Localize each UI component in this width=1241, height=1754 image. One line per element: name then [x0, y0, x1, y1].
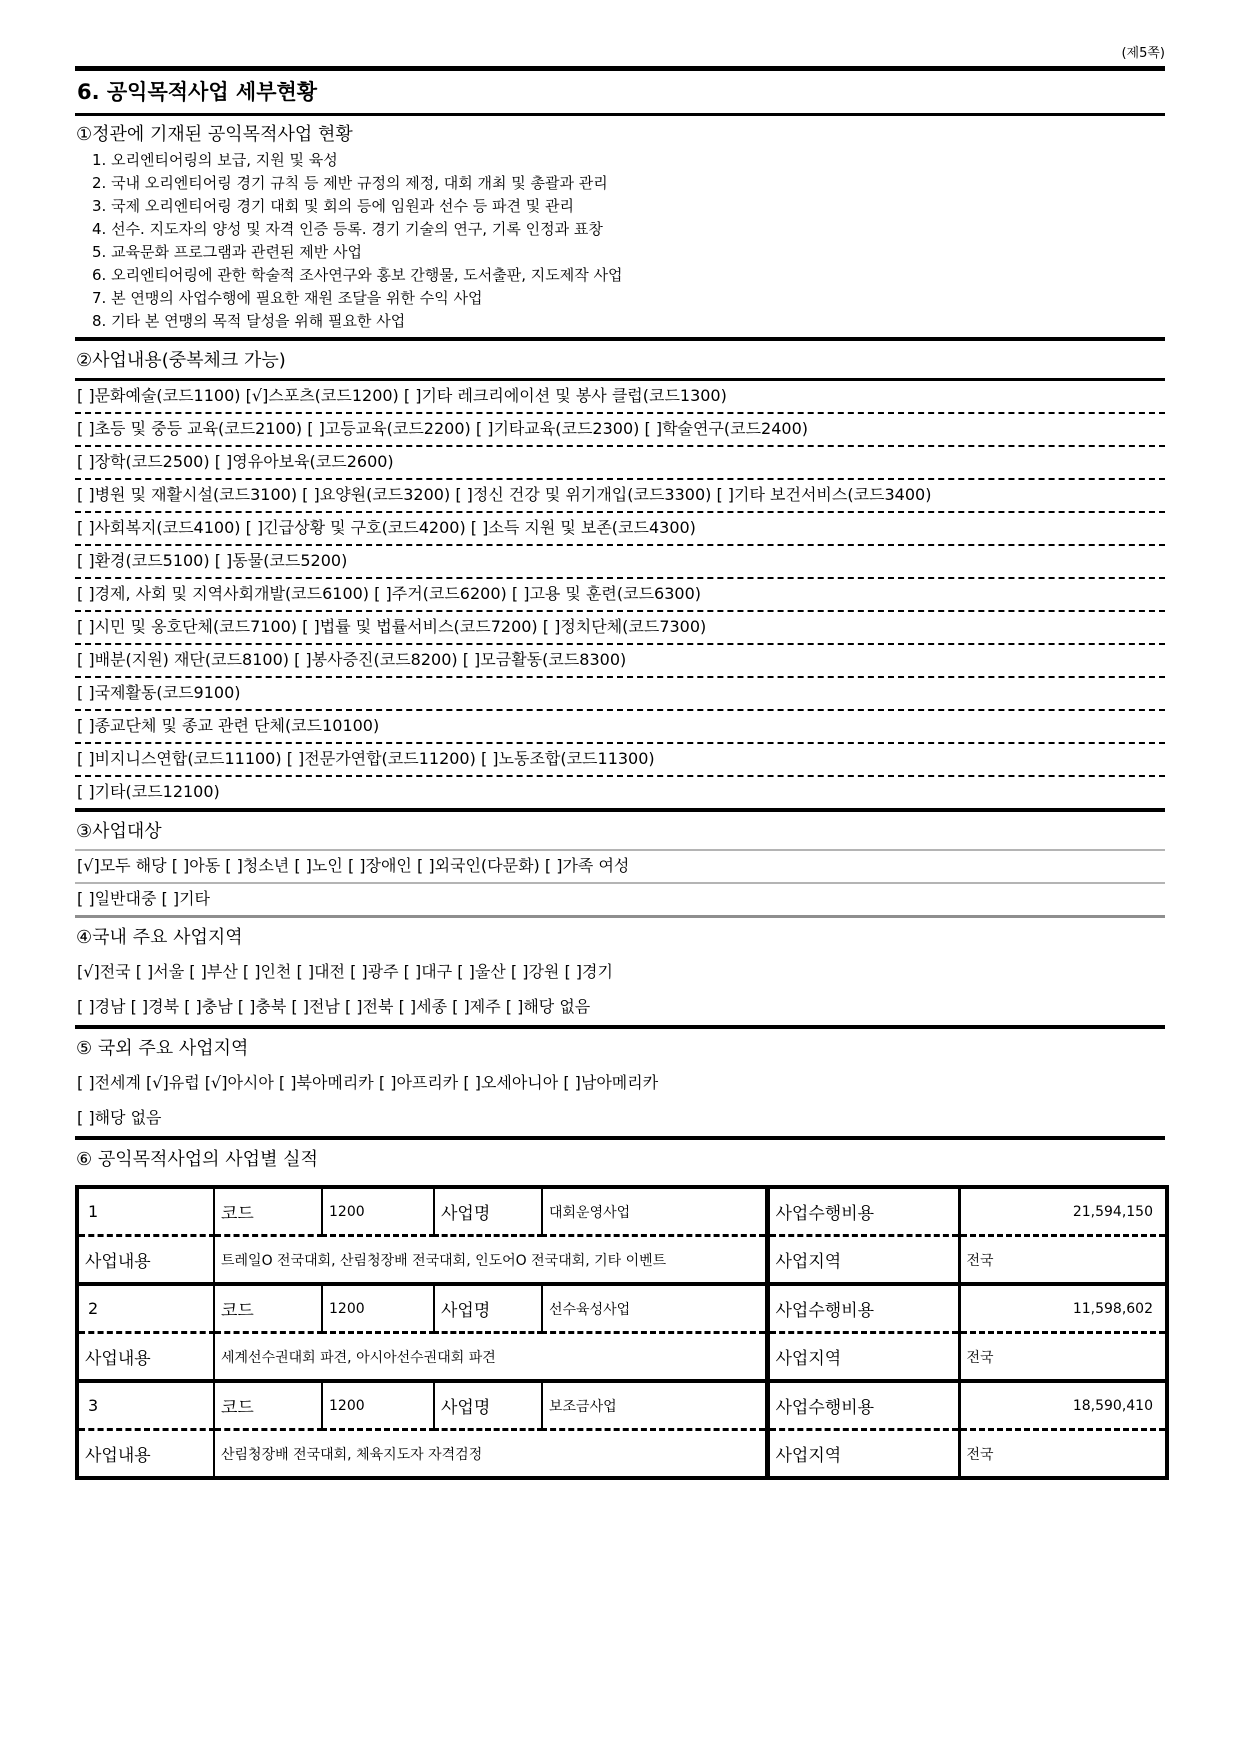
unchecked-checkbox-icon: [ ]: [404, 386, 422, 405]
checkbox-label: 강원: [528, 962, 559, 981]
checkbox-item[interactable]: [ ]오세아니아: [463, 1073, 558, 1092]
unchecked-checkbox-icon: [ ]: [225, 856, 243, 875]
checkbox-item[interactable]: [ ]기타: [162, 889, 211, 908]
checkbox-row: [ ]비지니스연합(코드11100) [ ]전문가연합(코드11200) [ ]…: [75, 742, 1165, 775]
checkbox-item[interactable]: [ ]문화예술(코드1100): [77, 386, 241, 405]
table-row: 2코드1200사업명선수육성사업사업수행비용11,598,602: [77, 1284, 1167, 1333]
unchecked-checkbox-icon: [ ]: [457, 962, 475, 981]
checked-checkbox-icon: [√]: [146, 1073, 169, 1092]
checkbox-label: 스포츠(코드1200): [268, 386, 398, 405]
unchecked-checkbox-icon: [ ]: [162, 889, 180, 908]
checkbox-label: 모두 해당: [100, 856, 167, 875]
checkbox-label: 아동: [189, 856, 220, 875]
unchecked-checkbox-icon: [ ]: [476, 419, 494, 438]
checkbox-label: 가족 여성: [562, 856, 629, 875]
checkbox-label: 장애인: [366, 856, 412, 875]
section1-header: ①정관에 기재된 공익목적사업 현황: [75, 116, 1165, 149]
unchecked-checkbox-icon: [ ]: [77, 716, 95, 735]
section3-header: ③사업대상: [75, 812, 1165, 849]
unchecked-checkbox-icon: [ ]: [511, 962, 529, 981]
checkbox-label: 충남: [202, 997, 233, 1016]
checkbox-label: 소득 지원 및 보존(코드4300): [488, 518, 696, 537]
unchecked-checkbox-icon: [ ]: [77, 997, 95, 1016]
checkbox-label: 경남: [95, 997, 126, 1016]
checkbox-item[interactable]: [ ]학술연구(코드2400): [645, 419, 809, 438]
unchecked-checkbox-icon: [ ]: [307, 419, 325, 438]
section6-header: ⑥ 공익목적사업의 사업별 실적: [75, 1140, 1165, 1177]
unchecked-checkbox-icon: [ ]: [215, 452, 233, 471]
checkbox-label: 국제활동(코드9100): [95, 683, 241, 702]
checkbox-label: 일반대중: [95, 889, 157, 908]
region-label: 사업지역: [767, 1236, 959, 1285]
document-title: 6. 공익목적사업 세부현황: [77, 80, 317, 104]
checked-checkbox-icon: [√]: [77, 856, 100, 875]
code-label: 코드: [214, 1284, 322, 1333]
checkbox-item[interactable]: [ ]고등교육(코드2200): [307, 419, 471, 438]
purpose-item: 7. 본 연맹의 사업수행에 필요한 재원 조달을 위한 수익 사업: [92, 287, 1165, 310]
checkbox-item[interactable]: [ ]기타 레크리에이션 및 봉사 클럽(코드1300): [404, 386, 727, 405]
checkbox-label: 광주: [368, 962, 399, 981]
region-label: 사업지역: [767, 1430, 959, 1479]
checkbox-item[interactable]: [ ]비지니스연합(코드11100): [77, 749, 282, 768]
unchecked-checkbox-icon: [ ]: [215, 551, 233, 570]
unchecked-checkbox-icon: [ ]: [184, 997, 202, 1016]
checkbox-item[interactable]: [ ]외국인(다문화): [417, 856, 540, 875]
checkbox-item[interactable]: [ ]경기: [564, 962, 613, 981]
checkbox-item[interactable]: [√]유럽: [146, 1073, 200, 1092]
checkbox-item[interactable]: [ ]대구: [404, 962, 453, 981]
checkbox-row: [ ]환경(코드5100) [ ]동물(코드5200): [75, 544, 1165, 577]
checkbox-label: 해당 없음: [523, 997, 590, 1016]
checkbox-item[interactable]: [ ]경제, 사회 및 지역사회개발(코드6100): [77, 584, 369, 603]
checkbox-row: [ ]국제활동(코드9100): [75, 676, 1165, 709]
project-name-value: 선수육성사업: [542, 1284, 767, 1333]
checkbox-item[interactable]: [ ]청소년: [225, 856, 289, 875]
unchecked-checkbox-icon: [ ]: [77, 650, 95, 669]
code-value: 1200: [322, 1187, 434, 1236]
checkbox-row: [ ]문화예술(코드1100) [√]스포츠(코드1200) [ ]기타 레크리…: [75, 381, 1165, 412]
unchecked-checkbox-icon: [ ]: [463, 1073, 481, 1092]
purpose-item: 1. 오리엔티어링의 보급, 지원 및 육성: [92, 149, 1165, 172]
checkbox-item[interactable]: [ ]노인: [294, 856, 343, 875]
unchecked-checkbox-icon: [ ]: [374, 584, 392, 603]
project-name-label: 사업명: [434, 1381, 542, 1430]
checkbox-item[interactable]: [ ]고용 및 훈련(코드6300): [512, 584, 701, 603]
unchecked-checkbox-icon: [ ]: [345, 997, 363, 1016]
checkbox-label: 해당 없음: [95, 1108, 162, 1127]
region-value: 전국: [959, 1333, 1167, 1382]
checkbox-item[interactable]: [ ]대전: [296, 962, 345, 981]
checkbox-item[interactable]: [ ]아프리카: [379, 1073, 458, 1092]
unchecked-checkbox-icon: [ ]: [246, 518, 264, 537]
checkbox-item[interactable]: [ ]제주: [452, 997, 501, 1016]
unchecked-checkbox-icon: [ ]: [512, 584, 530, 603]
unchecked-checkbox-icon: [ ]: [131, 997, 149, 1016]
unchecked-checkbox-icon: [ ]: [350, 962, 368, 981]
checkbox-item[interactable]: [ ]주거(코드6200): [374, 584, 507, 603]
unchecked-checkbox-icon: [ ]: [238, 997, 256, 1016]
checkbox-row: [ ]종교단체 및 종교 관련 단체(코드10100): [75, 709, 1165, 742]
unchecked-checkbox-icon: [ ]: [404, 962, 422, 981]
checkbox-item[interactable]: [ ]국제활동(코드9100): [77, 683, 241, 702]
section4-header: ④국내 주요 사업지역: [75, 915, 1165, 955]
unchecked-checkbox-icon: [ ]: [399, 997, 417, 1016]
content-value: 트레일O 전국대회, 산림청장배 전국대회, 인도어O 전국대회, 기타 이벤트: [214, 1236, 767, 1285]
checkbox-item[interactable]: [ ]북아메리카: [279, 1073, 374, 1092]
document-page: (제5쪽) 6. 공익목적사업 세부현황 ①정관에 기재된 공익목적사업 현황 …: [0, 0, 1241, 1754]
checkbox-label: 전세계: [95, 1073, 141, 1092]
unchecked-checkbox-icon: [ ]: [77, 551, 95, 570]
checkbox-item[interactable]: [ ]정치단체(코드7300): [543, 617, 707, 636]
checkbox-item[interactable]: [ ]요양원(코드3200): [302, 485, 450, 504]
checked-checkbox-icon: [√]: [205, 1073, 228, 1092]
region-value: 전국: [959, 1430, 1167, 1479]
checkbox-label: 학술연구(코드2400): [662, 419, 808, 438]
checkbox-item[interactable]: [ ]소득 지원 및 보존(코드4300): [471, 518, 696, 537]
unchecked-checkbox-icon: [ ]: [543, 617, 561, 636]
domestic-region-checkboxes: [√]전국 [ ]서울 [ ]부산 [ ]인천 [ ]대전 [ ]광주 [ ]대…: [75, 955, 1165, 1025]
unchecked-checkbox-icon: [ ]: [348, 856, 366, 875]
checkbox-item[interactable]: [ ]긴급상황 및 구호(코드4200): [246, 518, 466, 537]
checkbox-item[interactable]: [ ]종교단체 및 종교 관련 단체(코드10100): [77, 716, 379, 735]
content-value: 산림청장배 전국대회, 체육지도자 자격검정: [214, 1430, 767, 1479]
cost-label: 사업수행비용: [767, 1381, 959, 1430]
checkbox-item[interactable]: [ ]기타교육(코드2300): [476, 419, 640, 438]
entry-number: 3: [77, 1381, 214, 1430]
checkbox-item[interactable]: [ ]모금활동(코드8300): [463, 650, 627, 669]
checkbox-row: [ ]일반대중 [ ]기타: [75, 882, 1165, 915]
checkbox-row: [ ]시민 및 옹호단체(코드7100) [ ]법률 및 법률서비스(코드720…: [75, 610, 1165, 643]
cost-label: 사업수행비용: [767, 1187, 959, 1236]
checkbox-label: 노인: [312, 856, 343, 875]
checkbox-label: 종교단체 및 종교 관련 단체(코드10100): [95, 716, 380, 735]
checkbox-label: 경제, 사회 및 지역사회개발(코드6100): [95, 584, 369, 603]
checkbox-item[interactable]: [ ]남아메리카: [563, 1073, 658, 1092]
checkbox-label: 배분(지원) 재단(코드8100): [95, 650, 289, 669]
checkbox-label: 정신 건강 및 위기개입(코드3300): [473, 485, 711, 504]
checkbox-label: 유럽: [169, 1073, 200, 1092]
checkbox-item[interactable]: [√]스포츠(코드1200): [246, 386, 399, 405]
unchecked-checkbox-icon: [ ]: [77, 386, 95, 405]
checkbox-row: [ ]전세계 [√]유럽 [√]아시아 [ ]북아메리카 [ ]아프리카 [ ]…: [75, 1066, 1165, 1101]
unchecked-checkbox-icon: [ ]: [77, 518, 95, 537]
section2-header: ②사업내용(중복체크 가능): [75, 341, 1165, 381]
checkbox-item[interactable]: [ ]전문가연합(코드11200): [287, 749, 476, 768]
project-name-value: 대회운영사업: [542, 1187, 767, 1236]
page-number: (제5쪽): [75, 42, 1165, 62]
checkbox-row: [√]모두 해당 [ ]아동 [ ]청소년 [ ]노인 [ ]장애인 [ ]외국…: [75, 849, 1165, 882]
target-checkboxes: [√]모두 해당 [ ]아동 [ ]청소년 [ ]노인 [ ]장애인 [ ]외국…: [75, 849, 1165, 915]
checkbox-label: 초등 및 중등 교육(코드2100): [95, 419, 303, 438]
checkbox-item[interactable]: [ ]봉사증진(코드8200): [294, 650, 458, 669]
unchecked-checkbox-icon: [ ]: [294, 856, 312, 875]
unchecked-checkbox-icon: [ ]: [564, 962, 582, 981]
checked-checkbox-icon: [√]: [246, 386, 269, 405]
purpose-item: 3. 국제 오리엔티어링 경기 대회 및 회의 등에 임원과 선수 등 파견 및…: [92, 195, 1165, 218]
checkbox-label: 아프리카: [396, 1073, 458, 1092]
purpose-item: 4. 선수. 지도자의 양성 및 자격 인증 등록. 경기 기술의 연구, 기록…: [92, 218, 1165, 241]
checkbox-label: 기타 보건서비스(코드3400): [734, 485, 931, 504]
title-bar: 6. 공익목적사업 세부현황: [75, 66, 1165, 116]
checkbox-row: [ ]해당 없음: [75, 1101, 1165, 1136]
checkbox-item[interactable]: [ ]경남: [77, 997, 126, 1016]
checkbox-label: 경기: [582, 962, 613, 981]
purpose-item: 5. 교육문화 프로그램과 관련된 제반 사업: [92, 241, 1165, 264]
checkbox-label: 문화예술(코드1100): [95, 386, 241, 405]
unchecked-checkbox-icon: [ ]: [506, 997, 524, 1016]
unchecked-checkbox-icon: [ ]: [77, 1108, 95, 1127]
unchecked-checkbox-icon: [ ]: [296, 962, 314, 981]
checkbox-label: 동물(코드5200): [232, 551, 347, 570]
unchecked-checkbox-icon: [ ]: [379, 1073, 397, 1092]
unchecked-checkbox-icon: [ ]: [716, 485, 734, 504]
content-label: 사업내용: [77, 1430, 214, 1479]
unchecked-checkbox-icon: [ ]: [77, 749, 95, 768]
checkbox-label: 법률 및 법률서비스(코드7200): [320, 617, 538, 636]
unchecked-checkbox-icon: [ ]: [417, 856, 435, 875]
cost-value: 18,590,410: [959, 1381, 1167, 1430]
checkbox-row: [ ]기타(코드12100): [75, 775, 1165, 808]
unchecked-checkbox-icon: [ ]: [471, 518, 489, 537]
checkbox-label: 북아메리카: [296, 1073, 373, 1092]
content-label: 사업내용: [77, 1333, 214, 1382]
table-row: 사업내용세계선수권대회 파견, 아시아선수권대회 파견사업지역전국: [77, 1333, 1167, 1382]
checkbox-label: 청소년: [243, 856, 289, 875]
checkbox-item[interactable]: [ ]부산: [189, 962, 238, 981]
unchecked-checkbox-icon: [ ]: [452, 997, 470, 1016]
checkbox-label: 제주: [470, 997, 501, 1016]
unchecked-checkbox-icon: [ ]: [279, 1073, 297, 1092]
checkbox-label: 전북: [363, 997, 394, 1016]
unchecked-checkbox-icon: [ ]: [302, 617, 320, 636]
checkbox-label: 긴급상황 및 구호(코드4200): [263, 518, 465, 537]
content-label: 사업내용: [77, 1236, 214, 1285]
checkbox-item[interactable]: [ ]가족 여성: [545, 856, 630, 875]
checkbox-item[interactable]: [ ]세종: [399, 997, 448, 1016]
purpose-item: 8. 기타 본 연맹의 목적 달성을 위해 필요한 사업: [92, 310, 1165, 333]
checkbox-item[interactable]: [ ]장학(코드2500): [77, 452, 210, 471]
checkbox-label: 대구: [421, 962, 452, 981]
checkbox-item[interactable]: [ ]충북: [238, 997, 287, 1016]
checkbox-item[interactable]: [√]모두 해당: [77, 856, 167, 875]
checkbox-label: 고용 및 훈련(코드6300): [529, 584, 701, 603]
checkbox-item[interactable]: [ ]동물(코드5200): [215, 551, 348, 570]
checkbox-label: 노동조합(코드11300): [499, 749, 655, 768]
checkbox-item[interactable]: [ ]해당 없음: [77, 1108, 162, 1127]
region-label: 사업지역: [767, 1333, 959, 1382]
checkbox-label: 대전: [314, 962, 345, 981]
checkbox-label: 환경(코드5100): [95, 551, 210, 570]
unchecked-checkbox-icon: [ ]: [243, 962, 261, 981]
checkbox-item[interactable]: [ ]시민 및 옹호단체(코드7100): [77, 617, 297, 636]
unchecked-checkbox-icon: [ ]: [77, 485, 95, 504]
unchecked-checkbox-icon: [ ]: [77, 452, 95, 471]
table-row: 사업내용산림청장배 전국대회, 체육지도자 자격검정사업지역전국: [77, 1430, 1167, 1479]
unchecked-checkbox-icon: [ ]: [172, 856, 190, 875]
cost-value: 11,598,602: [959, 1284, 1167, 1333]
cost-label: 사업수행비용: [767, 1284, 959, 1333]
project-name-label: 사업명: [434, 1187, 542, 1236]
overseas-region-checkboxes: [ ]전세계 [√]유럽 [√]아시아 [ ]북아메리카 [ ]아프리카 [ ]…: [75, 1066, 1165, 1136]
checkbox-row: [ ]경제, 사회 및 지역사회개발(코드6100) [ ]주거(코드6200)…: [75, 577, 1165, 610]
content-value: 세계선수권대회 파견, 아시아선수권대회 파견: [214, 1333, 767, 1382]
checkbox-label: 인천: [260, 962, 291, 981]
unchecked-checkbox-icon: [ ]: [455, 485, 473, 504]
checkbox-item[interactable]: [ ]사회복지(코드4100): [77, 518, 241, 537]
checkbox-row: [ ]장학(코드2500) [ ]영유아보육(코드2600): [75, 445, 1165, 478]
checkbox-item[interactable]: [ ]초등 및 중등 교육(코드2100): [77, 419, 302, 438]
checkbox-row: [ ]사회복지(코드4100) [ ]긴급상황 및 구호(코드4200) [ ]…: [75, 511, 1165, 544]
business-content-checkboxes: [ ]문화예술(코드1100) [√]스포츠(코드1200) [ ]기타 레크리…: [75, 381, 1165, 812]
checkbox-label: 세종: [416, 997, 447, 1016]
checkbox-label: 오세아니아: [481, 1073, 558, 1092]
unchecked-checkbox-icon: [ ]: [291, 997, 309, 1016]
checkbox-label: 사회복지(코드4100): [95, 518, 241, 537]
checkbox-row: [ ]초등 및 중등 교육(코드2100) [ ]고등교육(코드2200) [ …: [75, 412, 1165, 445]
checkbox-label: 서울: [153, 962, 184, 981]
region-value: 전국: [959, 1236, 1167, 1285]
checkbox-label: 울산: [475, 962, 506, 981]
checkbox-label: 남아메리카: [581, 1073, 658, 1092]
checkbox-item[interactable]: [ ]장애인: [348, 856, 412, 875]
checkbox-label: 시민 및 옹호단체(코드7100): [95, 617, 297, 636]
checkbox-label: 모금활동(코드8300): [480, 650, 626, 669]
unchecked-checkbox-icon: [ ]: [545, 856, 563, 875]
checkbox-item[interactable]: [ ]전세계: [77, 1073, 141, 1092]
checkbox-label: 전남: [309, 997, 340, 1016]
checkbox-item[interactable]: [ ]전남: [291, 997, 340, 1016]
checkbox-label: 경북: [148, 997, 179, 1016]
checkbox-label: 봉사증진(코드8200): [312, 650, 458, 669]
table-row: 사업내용트레일O 전국대회, 산림청장배 전국대회, 인도어O 전국대회, 기타…: [77, 1236, 1167, 1285]
unchecked-checkbox-icon: [ ]: [77, 419, 95, 438]
checkbox-item[interactable]: [ ]울산: [457, 962, 506, 981]
unchecked-checkbox-icon: [ ]: [77, 584, 95, 603]
checkbox-item[interactable]: [√]아시아: [205, 1073, 274, 1092]
unchecked-checkbox-icon: [ ]: [302, 485, 320, 504]
checkbox-item[interactable]: [ ]기타 보건서비스(코드3400): [716, 485, 931, 504]
purpose-item: 2. 국내 오리엔티어링 경기 규칙 등 제반 규정의 제정, 대회 개최 및 …: [92, 172, 1165, 195]
unchecked-checkbox-icon: [ ]: [77, 1073, 95, 1092]
checkbox-label: 부산: [207, 962, 238, 981]
checkbox-label: 요양원(코드3200): [320, 485, 450, 504]
checkbox-row: [√]전국 [ ]서울 [ ]부산 [ ]인천 [ ]대전 [ ]광주 [ ]대…: [75, 955, 1165, 990]
performance-table: 1코드1200사업명대회운영사업사업수행비용21,594,150사업내용트레일O…: [75, 1185, 1169, 1480]
checkbox-item[interactable]: [ ]기타(코드12100): [77, 782, 220, 801]
checkbox-item[interactable]: [ ]전북: [345, 997, 394, 1016]
checkbox-item[interactable]: [ ]배분(지원) 재단(코드8100): [77, 650, 289, 669]
purpose-item: 6. 오리엔티어링에 관한 학술적 조사연구와 홍보 간행물, 도서출판, 지도…: [92, 264, 1165, 287]
checkbox-item[interactable]: [ ]경북: [131, 997, 180, 1016]
unchecked-checkbox-icon: [ ]: [77, 617, 95, 636]
unchecked-checkbox-icon: [ ]: [463, 650, 481, 669]
checkbox-item[interactable]: [ ]영유아보육(코드2600): [215, 452, 394, 471]
checkbox-label: 기타 레크리에이션 및 봉사 클럽(코드1300): [421, 386, 726, 405]
code-label: 코드: [214, 1187, 322, 1236]
table-row: 3코드1200사업명보조금사업사업수행비용18,590,410: [77, 1381, 1167, 1430]
checkbox-item[interactable]: [ ]환경(코드5100): [77, 551, 210, 570]
checkbox-row: [ ]병원 및 재활시설(코드3100) [ ]요양원(코드3200) [ ]정…: [75, 478, 1165, 511]
checkbox-label: 정치단체(코드7300): [560, 617, 706, 636]
unchecked-checkbox-icon: [ ]: [77, 683, 95, 702]
cost-value: 21,594,150: [959, 1187, 1167, 1236]
checkbox-row: [ ]배분(지원) 재단(코드8100) [ ]봉사증진(코드8200) [ ]…: [75, 643, 1165, 676]
checkbox-item[interactable]: [ ]법률 및 법률서비스(코드7200): [302, 617, 538, 636]
checkbox-item[interactable]: [ ]광주: [350, 962, 399, 981]
checkbox-item[interactable]: [ ]인천: [243, 962, 292, 981]
checkbox-item[interactable]: [ ]정신 건강 및 위기개입(코드3300): [455, 485, 711, 504]
unchecked-checkbox-icon: [ ]: [481, 749, 499, 768]
checkbox-label: 병원 및 재활시설(코드3100): [95, 485, 297, 504]
checkbox-label: 전문가연합(코드11200): [304, 749, 476, 768]
unchecked-checkbox-icon: [ ]: [287, 749, 305, 768]
checkbox-item[interactable]: [ ]강원: [511, 962, 560, 981]
checkbox-row: [ ]경남 [ ]경북 [ ]충남 [ ]충북 [ ]전남 [ ]전북 [ ]세…: [75, 990, 1165, 1025]
entry-number: 2: [77, 1284, 214, 1333]
checkbox-label: 기타: [179, 889, 210, 908]
checked-checkbox-icon: [√]: [77, 962, 100, 981]
checkbox-item[interactable]: [ ]아동: [172, 856, 221, 875]
checkbox-item[interactable]: [ ]해당 없음: [506, 997, 591, 1016]
checkbox-label: 장학(코드2500): [95, 452, 210, 471]
unchecked-checkbox-icon: [ ]: [563, 1073, 581, 1092]
unchecked-checkbox-icon: [ ]: [189, 962, 207, 981]
section5-header: ⑤ 국외 주요 사업지역: [75, 1029, 1165, 1066]
checkbox-label: 주거(코드6200): [392, 584, 507, 603]
code-value: 1200: [322, 1381, 434, 1430]
code-value: 1200: [322, 1284, 434, 1333]
checkbox-item[interactable]: [ ]노동조합(코드11300): [481, 749, 655, 768]
checkbox-label: 충북: [255, 997, 286, 1016]
unchecked-checkbox-icon: [ ]: [77, 782, 95, 801]
checkbox-item[interactable]: [ ]충남: [184, 997, 233, 1016]
unchecked-checkbox-icon: [ ]: [136, 962, 154, 981]
code-label: 코드: [214, 1381, 322, 1430]
project-name-label: 사업명: [434, 1284, 542, 1333]
table-row: 1코드1200사업명대회운영사업사업수행비용21,594,150: [77, 1187, 1167, 1236]
section-purposes: ①정관에 기재된 공익목적사업 현황 1. 오리엔티어링의 보급, 지원 및 육…: [75, 116, 1165, 341]
checkbox-label: 외국인(다문화): [435, 856, 540, 875]
checkbox-label: 아시아: [227, 1073, 273, 1092]
checkbox-label: 고등교육(코드2200): [325, 419, 471, 438]
checkbox-label: 비지니스연합(코드11100): [95, 749, 282, 768]
checkbox-item[interactable]: [ ]서울: [136, 962, 185, 981]
entry-number: 1: [77, 1187, 214, 1236]
checkbox-item[interactable]: [ ]일반대중: [77, 889, 156, 908]
checkbox-label: 영유아보육(코드2600): [232, 452, 393, 471]
unchecked-checkbox-icon: [ ]: [77, 889, 95, 908]
unchecked-checkbox-icon: [ ]: [645, 419, 663, 438]
purpose-list: 1. 오리엔티어링의 보급, 지원 및 육성2. 국내 오리엔티어링 경기 규칙…: [75, 149, 1165, 336]
checkbox-item[interactable]: [ ]병원 및 재활시설(코드3100): [77, 485, 297, 504]
unchecked-checkbox-icon: [ ]: [294, 650, 312, 669]
project-name-value: 보조금사업: [542, 1381, 767, 1430]
checkbox-label: 기타교육(코드2300): [493, 419, 639, 438]
checkbox-item[interactable]: [√]전국: [77, 962, 131, 981]
checkbox-label: 전국: [100, 962, 131, 981]
checkbox-label: 기타(코드12100): [95, 782, 220, 801]
